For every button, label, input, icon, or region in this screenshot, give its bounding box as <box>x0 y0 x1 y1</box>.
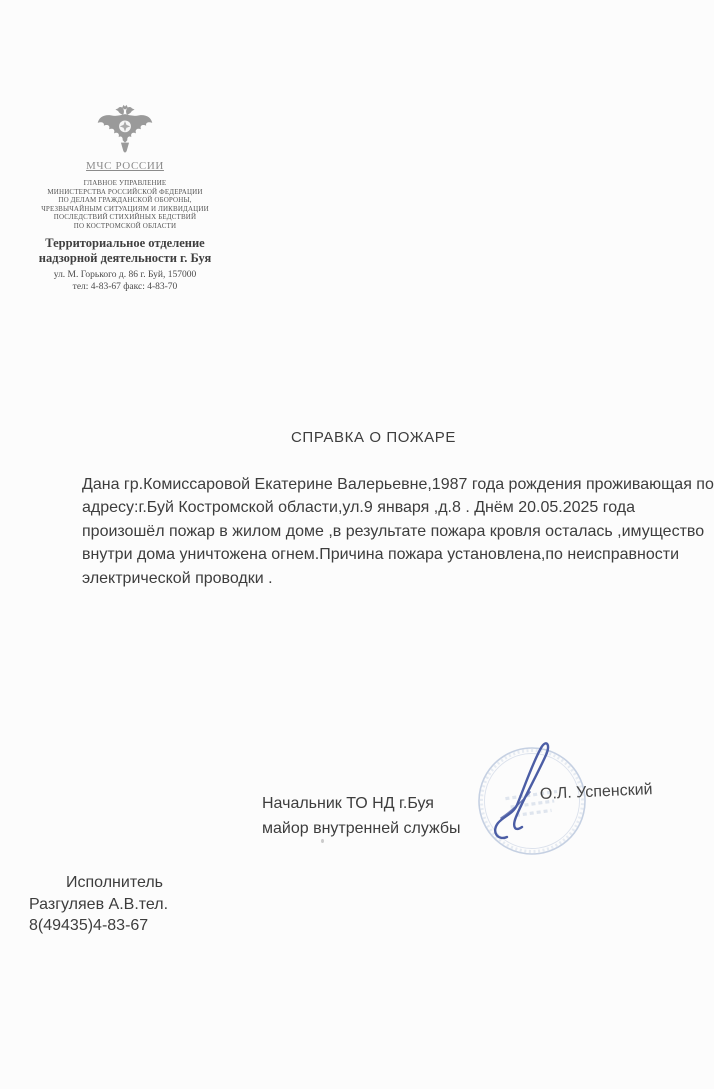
contact-line: тел: 4-83-67 факс: 4-83-70 <box>12 281 238 293</box>
executor-name: Разгуляев А.В.тел. <box>29 894 168 916</box>
scan-artifact-dot <box>321 839 324 843</box>
signer-position-line: майор внутренней службы <box>262 816 461 841</box>
division-line: надзорной деятельности г. Буя <box>12 251 238 266</box>
mchs-emblem-icon <box>96 104 154 158</box>
org-short-name: МЧС РОССИИ <box>12 160 238 172</box>
org-line: ЧРЕЗВЫЧАЙНЫМ СИТУАЦИЯМ И ЛИКВИДАЦИИ <box>12 205 238 214</box>
body-line: внутри дома уничтожена огнем.Причина пож… <box>82 543 714 566</box>
org-full-name: ГЛАВНОЕ УПРАВЛЕНИЕ МИНИСТЕРСТВА РОССИЙСК… <box>12 179 238 231</box>
division-name: Территориальное отделение надзорной деят… <box>12 236 238 266</box>
letterhead-address: ул. М. Горького д. 86 г. Буй, 157000 тел… <box>12 269 238 293</box>
signer-position-line: Начальник ТО НД г.Буя <box>262 791 461 816</box>
org-line: ПО ДЕЛАМ ГРАЖДАНСКОЙ ОБОРОНЫ, <box>12 196 238 205</box>
executor-label: Исполнитель <box>29 872 168 894</box>
address-line: ул. М. Горького д. 86 г. Буй, 157000 <box>12 269 238 281</box>
body-paragraph: Дана гр.Комиссаровой Екатерине Валерьевн… <box>82 473 714 590</box>
document-title: СПРАВКА О ПОЖАРЕ <box>291 429 456 446</box>
division-line: Территориальное отделение <box>12 236 238 251</box>
body-line: электрической проводки . <box>82 567 714 590</box>
org-line: ГЛАВНОЕ УПРАВЛЕНИЕ <box>12 179 238 188</box>
executor-phone: 8(49435)4-83-67 <box>29 915 168 937</box>
body-line: адресу:г.Буй Костромской области,ул.9 ян… <box>82 496 714 519</box>
signer-name: О.Л. Успенский <box>540 781 653 804</box>
signer-position: Начальник ТО НД г.Буя майор внутренней с… <box>262 791 461 841</box>
letterhead: МЧС РОССИИ ГЛАВНОЕ УПРАВЛЕНИЕ МИНИСТЕРСТ… <box>12 104 238 293</box>
body-line: Дана гр.Комиссаровой Екатерине Валерьевн… <box>82 473 714 496</box>
body-line: произошёл пожар в жилом доме ,в результа… <box>82 520 714 543</box>
org-line: ПО КОСТРОМСКОЙ ОБЛАСТИ <box>12 222 238 231</box>
org-line: МИНИСТЕРСТВА РОССИЙСКОЙ ФЕДЕРАЦИИ <box>12 188 238 197</box>
executor-block: Исполнитель Разгуляев А.В.тел. 8(49435)4… <box>29 872 168 937</box>
org-line: ПОСЛЕДСТВИЙ СТИХИЙНЫХ БЕДСТВИЙ <box>12 213 238 222</box>
document-page: МЧС РОССИИ ГЛАВНОЕ УПРАВЛЕНИЕ МИНИСТЕРСТ… <box>0 0 714 1089</box>
